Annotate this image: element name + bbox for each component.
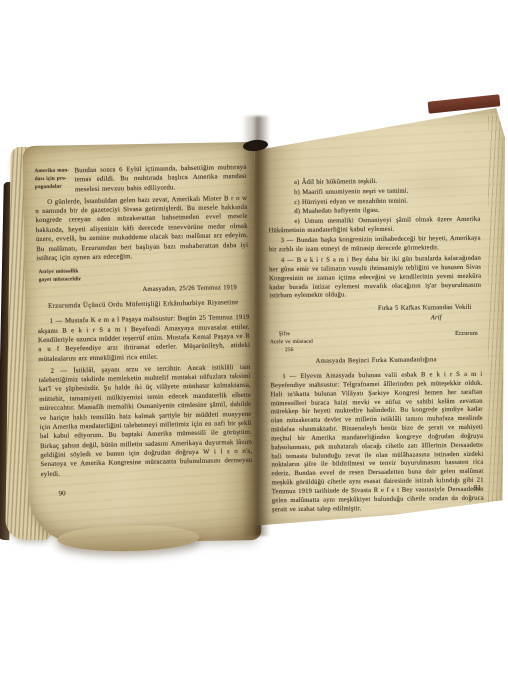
left-page-curl (57, 524, 199, 552)
margin-note-telegram: Asriye mütaallik gayet müstaceldir (39, 265, 249, 285)
telegram-urgency-label: Acele ve müstacel (270, 338, 313, 347)
telegram-dateline: Amasyadan, 25/26 Temmuz 1919 (37, 283, 249, 296)
open-book-photo: Amerika man- dası için pro- pagandalar B… (0, 0, 508, 677)
left-page-text: Amerika man- dası için pro- pagandalar B… (35, 163, 253, 482)
left-page: Amerika man- dası için pro- pagandalar B… (23, 142, 262, 544)
right-fore-edge (488, 116, 503, 523)
paragraph: 3 — Bundan başka kongrenizin intihabedec… (269, 235, 481, 255)
telegram-header-left: Şifre Acele ve müstacel 256 (270, 330, 313, 355)
paragraph: O günlerde, İstanbuldan gelen bazı zevat… (35, 193, 248, 263)
signature-name: Arif (270, 314, 442, 325)
right-page: a) Âdil bir hükûmetin teşkili. b) Maarif… (255, 108, 505, 532)
telegram-origin: Erzurum (455, 328, 482, 339)
page-number-left: 90 (59, 489, 66, 497)
paragraph: 2 — İstiklâl, şayanı arzu ve tercihtir. … (39, 363, 253, 480)
list-item-e: e) Umum memaliki Osmaniyeyi şâmil olmak … (268, 216, 480, 236)
right-page-text: a) Âdil bir hükûmetin teşkili. b) Maarif… (268, 177, 484, 517)
telegram-header-row: Şifre Acele ve müstacel 256 Erzurum (270, 328, 482, 355)
margin-note-propaganda: Amerika man- dası için pro- pagandalar (35, 167, 70, 191)
telegram-address-heading: Erzurumda Üçüncü Ordu Müfettişliği Erkân… (37, 298, 249, 312)
paragraph: 1 — Elyevm Amasyada bulunan valii esbak … (270, 371, 484, 515)
page-number-right: 91 (474, 484, 481, 492)
signature-block: Fırka 5 Kafkas Kumandan Vekili Arif (269, 304, 471, 325)
telegram-number: 256 (270, 346, 313, 355)
telegram-address-heading: Amasyada Beşinci Fırka Kumandanlığına (270, 356, 482, 367)
paragraph: 1 — Mustafa K e m a l Paşaya mahsustur: … (38, 313, 251, 364)
paragraph: 4 — B e k i r S a m i Bey daha bir iki g… (269, 255, 482, 302)
